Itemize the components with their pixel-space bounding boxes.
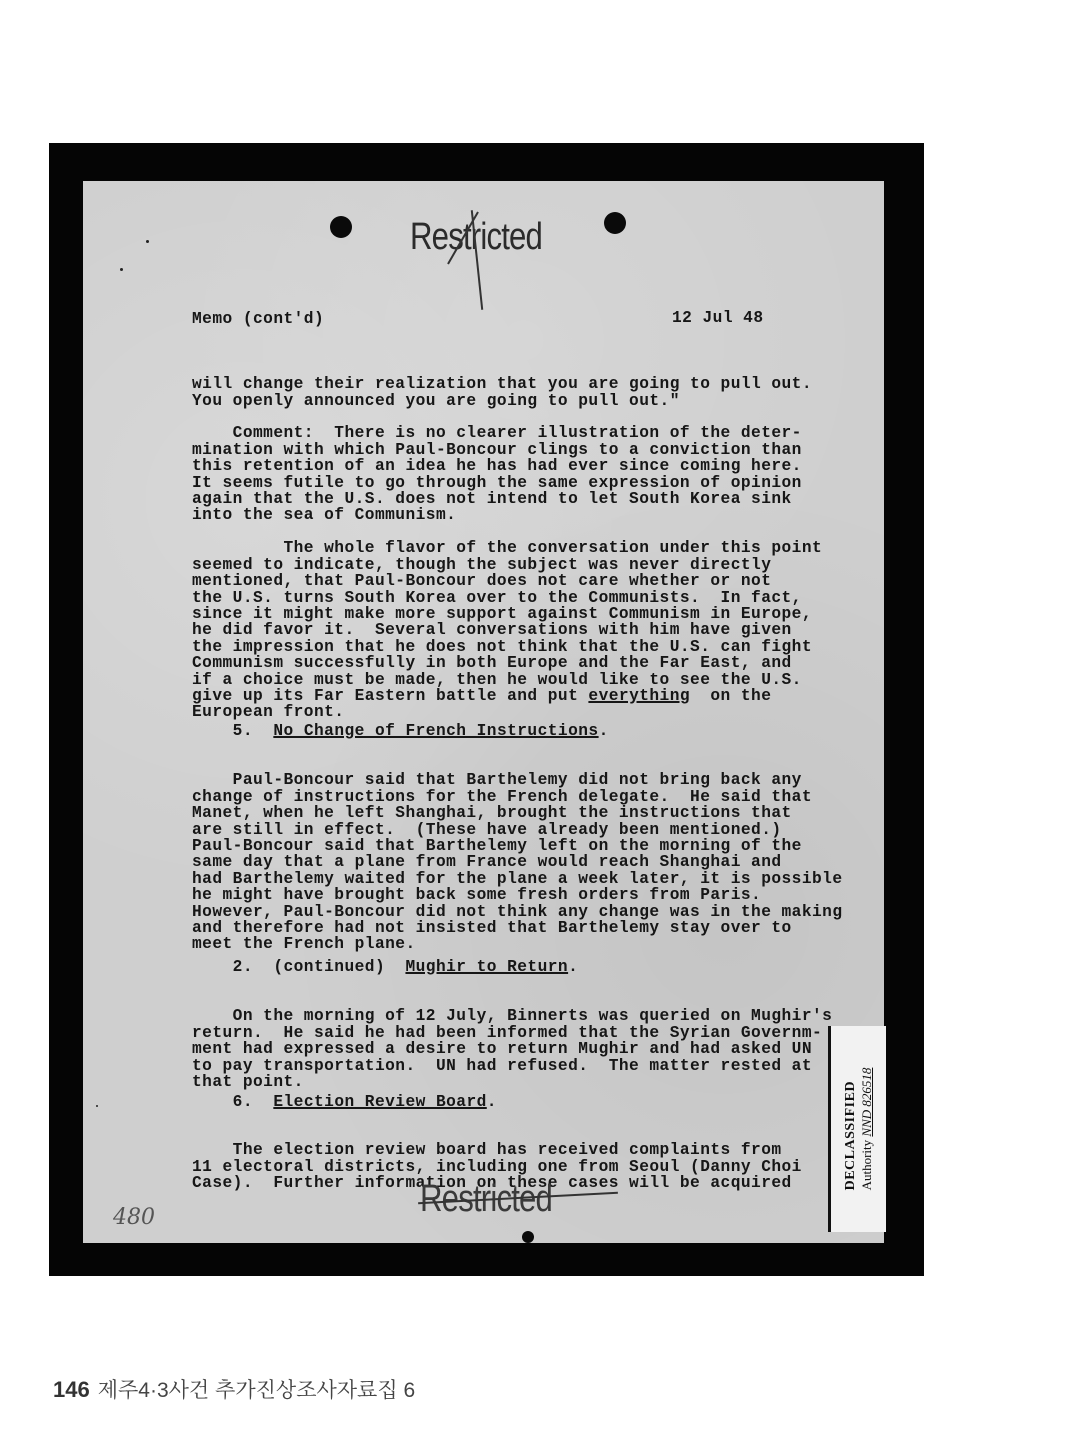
section-title: Election Review Board [273, 1093, 486, 1111]
text-line: same day that a plane from France would … [192, 854, 843, 870]
punch-hole-right [604, 212, 626, 234]
text-line: that point. [192, 1074, 832, 1090]
text-line: The election review board has received c… [192, 1142, 802, 1158]
punch-hole-left [330, 216, 352, 238]
paragraph-whole-flavor: The whole flavor of the conversation und… [192, 524, 822, 737]
text-line: mentioned, that Paul-Boncour does not ca… [192, 573, 822, 589]
declassified-stamp: DECLASSIFIED Authority NND 826518 [828, 1026, 886, 1232]
text-line: However, Paul-Boncour did not think any … [192, 904, 843, 920]
text-line: if a choice must be made, then he would … [192, 672, 822, 688]
text-line: this retention of an idea he has had eve… [192, 458, 802, 474]
section-heading-6: 6. Election Review Board. [192, 1094, 497, 1110]
text-line: are still in effect. (These have already… [192, 822, 843, 838]
underlined-word: everything [588, 687, 690, 705]
text-line: had Barthelemy waited for the plane a we… [192, 871, 843, 887]
memo-date: 12 Jul 48 [672, 310, 763, 326]
text-line: return. He said he had been informed tha… [192, 1025, 832, 1041]
punch-hole-bottom [522, 1231, 534, 1243]
text-line: the impression that he does not think th… [192, 639, 822, 655]
text-line: he might have brought back some fresh or… [192, 887, 843, 903]
text-line: The whole flavor of the conversation und… [192, 540, 822, 556]
speck [146, 240, 149, 243]
text-line: mination with which Paul-Boncour clings … [192, 442, 802, 458]
text-line: to pay transportation. UN had refused. T… [192, 1058, 832, 1074]
section-heading-2-continued: 2. (continued) Mughir to Return. [192, 959, 578, 975]
text-line: Paul-Boncour said that Barthelemy did no… [192, 772, 843, 788]
section-heading-5: 5. No Change of French Instructions. [192, 723, 609, 739]
book-title: 제주4·3사건 추가진상조사자료집 6 [98, 1379, 415, 1402]
text-line: ment had expressed a desire to return Mu… [192, 1041, 832, 1057]
section-title: No Change of French Instructions [273, 722, 598, 740]
memo-header-label: Memo (cont'd) [192, 311, 324, 327]
paragraph-comment: Comment: There is no clearer illustratio… [192, 409, 802, 540]
text-line: seemed to indicate, though the subject w… [192, 557, 822, 573]
text-line: 11 electoral districts, including one fr… [192, 1159, 802, 1175]
text-line: Paul-Boncour said that Barthelemy left o… [192, 838, 843, 854]
page-footer: 146제주4·3사건 추가진상조사자료집 6 [53, 1374, 415, 1404]
text-line: he did favor it. Several conversations w… [192, 622, 822, 638]
text-line: You openly announced you are going to pu… [192, 393, 812, 409]
section-title: Mughir to Return [405, 958, 568, 976]
handwritten-page-number: 480 [113, 1205, 155, 1230]
paragraph-mughir: On the morning of 12 July, Binnerts was … [192, 992, 832, 1107]
text-line: give up its Far Eastern battle and put e… [192, 688, 822, 704]
text-line: European front. [192, 704, 822, 720]
declassified-label: DECLASSIFIED [843, 1068, 859, 1191]
text-line: change of instructions for the French de… [192, 789, 843, 805]
text-line: Comment: There is no clearer illustratio… [192, 425, 802, 441]
authority-line: Authority NND 826518 [859, 1068, 875, 1191]
speck [96, 1105, 98, 1107]
text-line: meet the French plane. [192, 936, 843, 952]
text-line: the U.S. turns South Korea over to the C… [192, 590, 822, 606]
text-line: again that the U.S. does not intend to l… [192, 491, 802, 507]
page-number: 146 [53, 1377, 90, 1402]
text-line: On the morning of 12 July, Binnerts was … [192, 1008, 832, 1024]
text-line: Manet, when he left Shanghai, brought th… [192, 805, 843, 821]
text-line: Communism successfully in both Europe an… [192, 655, 822, 671]
text-line: will change their realization that you a… [192, 376, 812, 392]
text-line: It seems futile to go through the same e… [192, 475, 802, 491]
text-line: into the sea of Communism. [192, 507, 802, 523]
text-line: and therefore had not insisted that Bart… [192, 920, 843, 936]
authority-number: NND 826518 [859, 1068, 874, 1137]
paragraph-french-instructions: Paul-Boncour said that Barthelemy did no… [192, 756, 843, 969]
speck [120, 268, 123, 271]
text-line: since it might make more support against… [192, 606, 822, 622]
